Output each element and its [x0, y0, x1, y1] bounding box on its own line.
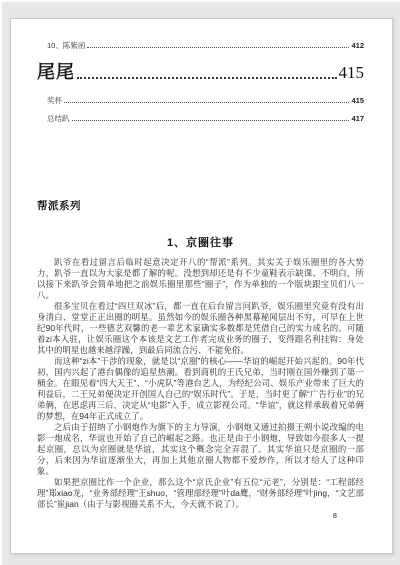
paragraph-1: 趴爷在看过留言后临时起意决定开八的“帮派”系列。其实关于娱乐圈里的各大势力，趴爷… [37, 257, 364, 301]
paragraph-4: 之后由于招纳了小钢炮作为旗下的主力导演，小钢炮又通过拍摄王朔小说改编的电影一炮成… [37, 422, 364, 477]
toc-entry-zongjiepa[interactable]: 总结趴 417 [37, 114, 364, 123]
dot-leader [64, 102, 349, 103]
toc-entry-page: 417 [351, 114, 364, 123]
toc-entry-label: 尾尾 [37, 61, 75, 83]
toc-entry-label: 奖杯 [47, 96, 62, 105]
paragraph-5: 如果把京圈比作一个企业，那么这个“京氏企业”有五位“元老”，分别是：“工程部经理… [37, 477, 364, 510]
document-viewport: 10、陈紫函 412 尾尾 415 奖杯 415 总结趴 417 帮派系列 1、… [0, 0, 400, 565]
paragraph-2: 很多宝贝在看过“四旦双冰”后，都一直在后台留言问趴爷，娱乐圈里究竟有没有出身清白… [37, 301, 364, 356]
toc-entry-jiangbei[interactable]: 奖杯 415 [37, 96, 364, 105]
dot-leader [77, 77, 337, 79]
toc-entry-page: 415 [339, 63, 365, 83]
toc-entry-page: 415 [351, 96, 364, 105]
table-of-contents: 10、陈紫函 412 尾尾 415 奖杯 415 总结趴 417 [37, 41, 364, 123]
toc-entry-page: 412 [351, 41, 364, 50]
toc-entry-weiwei[interactable]: 尾尾 415 [37, 61, 364, 83]
toc-entry-chenzihan[interactable]: 10、陈紫函 412 [37, 41, 364, 50]
paragraph-3: 而这种“zi本”干涉的现象，就是以“京圈”的核心——华谊的崛起开始兴起的。90年… [37, 356, 364, 422]
toc-entry-label: 10、陈紫函 [47, 41, 85, 50]
page-number: 8 [333, 513, 337, 520]
dot-leader [72, 120, 350, 121]
dot-leader [87, 47, 349, 48]
toc-entry-label: 总结趴 [47, 114, 70, 123]
document-page: 10、陈紫函 412 尾尾 415 奖杯 415 总结趴 417 帮派系列 1、… [10, 18, 393, 554]
section-title: 帮派系列 [37, 198, 364, 213]
article-title: 1、京圈往事 [37, 234, 364, 250]
